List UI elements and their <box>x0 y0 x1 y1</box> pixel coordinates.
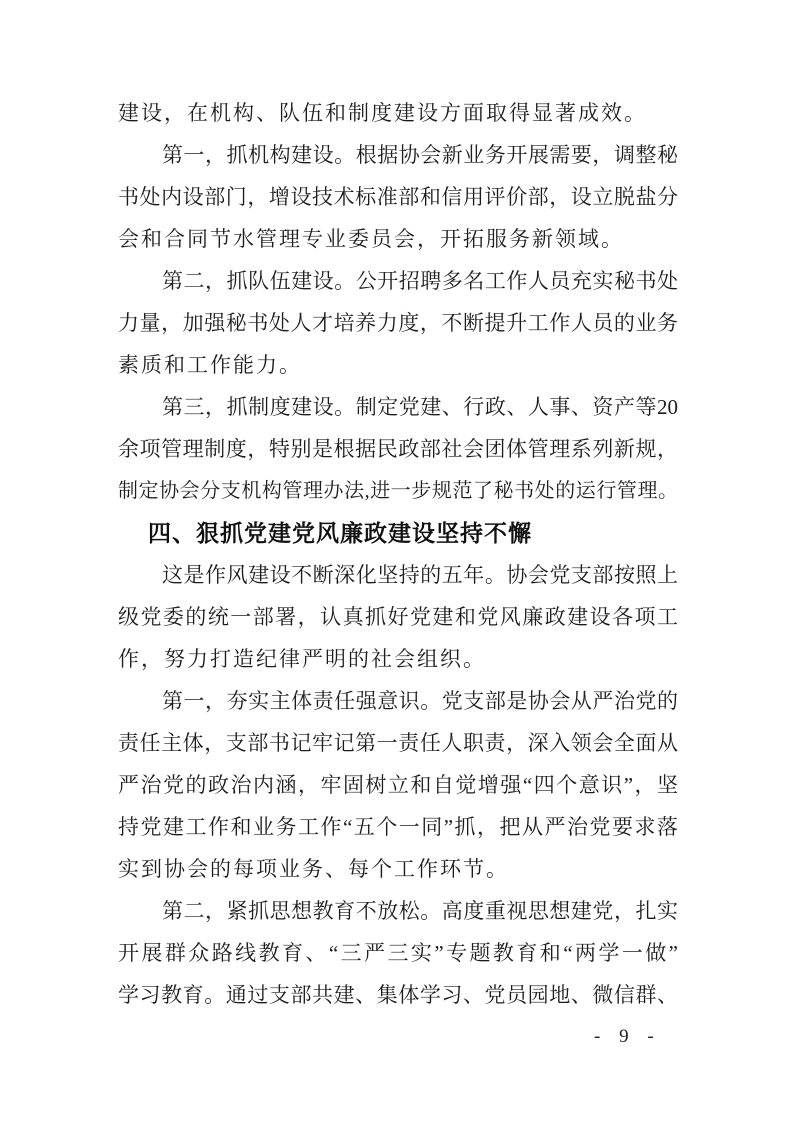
text-line: 作，努力打造纪律严明的社会组织。 <box>118 638 678 680</box>
text-line: 这是作风建设不断深化坚持的五年。协会党支部按照上 <box>118 554 678 596</box>
text-line: 素质和工作能力。 <box>118 344 678 386</box>
text-line: 书处内设部门，增设技术标准部和信用评价部，设立脱盐分 <box>118 176 678 218</box>
page-number: - 9 - <box>594 1026 659 1048</box>
text-line: 余项管理制度，特别是根据民政部社会团体管理系列新规， <box>118 428 678 470</box>
text-line: 第一，抓机构建设。根据协会新业务开展需要，调整秘 <box>118 134 678 176</box>
document-page: 建设，在机构、队伍和制度建设方面取得显著成效。 第一，抓机构建设。根据协会新业务… <box>0 0 800 1131</box>
text-line: 级党委的统一部署，认真抓好党建和党风廉政建设各项工 <box>118 596 678 638</box>
text-line: 开展群众路线教育、“三严三实”专题教育和“两学一做” <box>118 932 678 974</box>
text-block: 建设，在机构、队伍和制度建设方面取得显著成效。 第一，抓机构建设。根据协会新业务… <box>118 92 678 1016</box>
text-line: 第三，抓制度建设。制定党建、行政、人事、资产等20 <box>118 386 678 428</box>
text-line: 第二，抓队伍建设。公开招聘多名工作人员充实秘书处 <box>118 260 678 302</box>
text-line: 学习教育。通过支部共建、集体学习、党员园地、微信群、 <box>118 974 678 1016</box>
text-line: 力量，加强秘书处人才培养力度，不断提升工作人员的业务 <box>118 302 678 344</box>
text-line: 严治党的政治内涵，牢固树立和自觉增强“四个意识”，坚 <box>118 764 678 806</box>
section-heading: 四、狠抓党建党风廉政建设坚持不懈 <box>118 512 678 554</box>
text-line: 实到协会的每项业务、每个工作环节。 <box>118 848 678 890</box>
text-line: 责任主体，支部书记牢记第一责任人职责，深入领会全面从 <box>118 722 678 764</box>
text-line: 制定协会分支机构管理办法,进一步规范了秘书处的运行管理。 <box>118 470 678 512</box>
text-line: 建设，在机构、队伍和制度建设方面取得显著成效。 <box>118 92 678 134</box>
text-line: 持党建工作和业务工作“五个一同”抓，把从严治党要求落 <box>118 806 678 848</box>
text-line: 第一，夯实主体责任强意识。党支部是协会从严治党的 <box>118 680 678 722</box>
text-line: 会和合同节水管理专业委员会，开拓服务新领域。 <box>118 218 678 260</box>
text-line: 第二，紧抓思想教育不放松。高度重视思想建党，扎实 <box>118 890 678 932</box>
